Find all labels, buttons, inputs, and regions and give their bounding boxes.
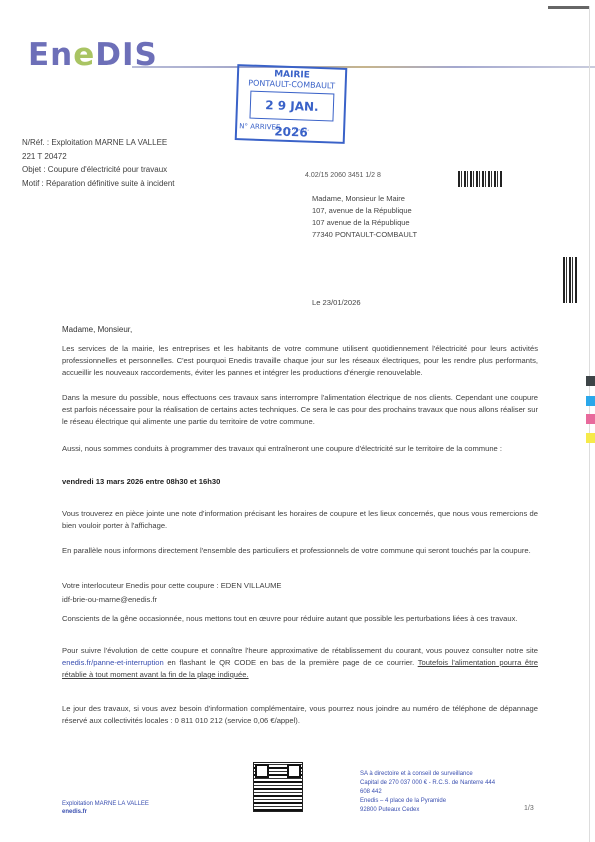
contact-email[interactable]: idf-brie-ou-marne@enedis.fr	[62, 594, 538, 606]
cmyk-black-mark	[586, 376, 595, 386]
footer-legal: SA à directoire et à conseil de surveill…	[360, 770, 520, 815]
paragraph-7: Pour suivre l'évolution de cette coupure…	[62, 645, 538, 681]
scan-mark	[548, 6, 590, 9]
p7-text-before: Pour suivre l'évolution de cette coupure…	[62, 646, 538, 655]
cmyk-yellow-mark	[586, 433, 595, 443]
recipient-line-1: Madame, Monsieur le Maire	[312, 194, 405, 203]
legal-line: Capital de 270 037 000 € - R.C.S. de Nan…	[360, 779, 520, 788]
object-line: Objet : Coupure d'électricité pour trava…	[22, 165, 167, 174]
header-divider	[132, 66, 595, 68]
cmyk-magenta-mark	[586, 414, 595, 424]
p7-text-after: en flashant le QR CODE en bas de la prem…	[164, 658, 414, 667]
stamp-date: 2 9 JAN. 2026	[249, 91, 334, 122]
letter-date: Le 23/01/2026	[312, 298, 361, 307]
legal-line: Enedis – 4 place de la Pyramide	[360, 797, 520, 806]
page-number: 1/3	[524, 805, 534, 812]
paragraph-4: Vous trouverez en pièce jointe une note …	[62, 508, 538, 532]
salutation: Madame, Monsieur,	[62, 324, 538, 336]
logo-part-en: En	[28, 37, 73, 73]
outage-date: vendredi 13 mars 2026 entre 08h30 et 16h…	[62, 476, 538, 488]
legal-line: SA à directoire et à conseil de surveill…	[360, 770, 520, 779]
logo-part-e: e	[73, 37, 95, 73]
paragraph-6: Conscients de la gêne occasionnée, nous …	[62, 613, 538, 625]
side-datamatrix	[563, 257, 578, 303]
paragraph-5: En parallèle nous informons directement …	[62, 545, 538, 557]
paragraph-8: Le jour des travaux, si vous avez besoin…	[62, 703, 538, 727]
qr-code[interactable]	[253, 762, 303, 812]
legal-line: 608 442	[360, 788, 520, 797]
recipient-line-3: 107 avenue de la République	[312, 218, 410, 227]
page-edge-line	[589, 6, 590, 842]
stamp-arrival: N° ARRIVEE ............	[239, 122, 309, 132]
reception-stamp: MAIRIE PONTAULT-COMBAULT 2 9 JAN. 2026 N…	[235, 64, 348, 144]
paragraph-2: Dans la mesure du possible, nous effectu…	[62, 392, 538, 428]
reference-code: 221 T 20472	[22, 152, 67, 161]
recipient-line-4: 77340 PONTAULT-COMBAULT	[312, 230, 417, 239]
cmyk-cyan-mark	[586, 396, 595, 406]
reference-line: N/Réf. : Exploitation MARNE LA VALLEE	[22, 138, 167, 147]
legal-line: 92800 Puteaux Cedex	[360, 806, 520, 815]
outage-tracking-link[interactable]: enedis.fr/panne-et-interruption	[62, 658, 164, 667]
datamatrix-code	[458, 171, 503, 187]
paragraph-3: Aussi, nous sommes conduits à programmer…	[62, 443, 538, 455]
footer-website[interactable]: enedis.fr	[62, 808, 87, 817]
motif-line: Motif : Réparation définitive suite à in…	[22, 179, 175, 188]
contact-line: Votre interlocuteur Enedis pour cette co…	[62, 580, 538, 592]
mailing-code: 4.02/15 2060 3451 1/2 8	[305, 172, 381, 179]
paragraph-1: Les services de la mairie, les entrepris…	[62, 343, 538, 379]
recipient-line-2: 107, avenue de la République	[312, 206, 412, 215]
